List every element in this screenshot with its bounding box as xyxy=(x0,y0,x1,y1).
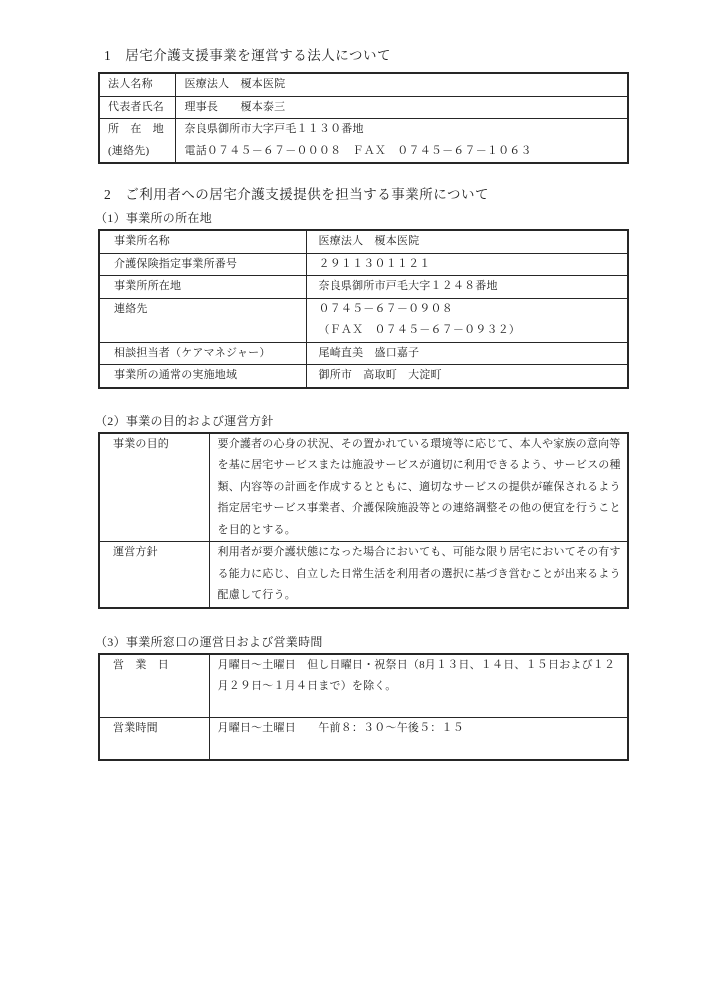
row-value: ０７４５－６７－０９０８ （ＦＡＸ ０７４５－６７－０９３２） xyxy=(306,298,628,342)
row-label: 相談担当者（ケアマネジャー） xyxy=(99,342,306,365)
row-value: 尾崎直美 盛口嘉子 xyxy=(306,342,628,365)
row-label: 事業所所在地 xyxy=(99,276,306,299)
row-label: 事業所の通常の実施地域 xyxy=(99,365,306,388)
table-row: 相談担当者（ケアマネジャー） 尾崎直美 盛口嘉子 xyxy=(99,342,628,365)
row-label: 連絡先 xyxy=(99,298,306,342)
row-value: 医療法人 榎本医院 xyxy=(306,230,628,253)
corporation-info-table: 法人名称 医療法人 榎本医院 代表者氏名 理事長 榎本泰三 所 在 地 (連絡先… xyxy=(98,72,629,164)
subsection-2-heading: （2）事業の目的および運営方針 xyxy=(95,414,629,429)
row-value: ２９１１３０１１２１ xyxy=(306,253,628,276)
table-row: 連絡先 ０７４５－６７－０９０８ （ＦＡＸ ０７４５－６７－０９３２） xyxy=(99,298,628,342)
table-row: 営 業 日 月曜日～土曜日 但し日曜日・祝祭日（8月１３日、１４日、１５日および… xyxy=(99,654,628,718)
table-row: 事業の目的 要介護者の心身の状況、その置かれている環境等に応じて、本人や家族の意… xyxy=(99,433,628,542)
table-row: 所 在 地 (連絡先) 奈良県御所市大字戸毛１１３０番地 電話０７４５－６７－０… xyxy=(99,119,628,164)
row-label: 事業所名称 xyxy=(99,230,306,253)
row-value: 月曜日～土曜日 但し日曜日・祝祭日（8月１３日、１４日、１５日および１２ 月２９… xyxy=(209,654,628,718)
row-label: 代表者氏名 xyxy=(99,96,175,119)
table-row: 法人名称 医療法人 榎本医院 xyxy=(99,73,628,96)
row-value: 医療法人 榎本医院 xyxy=(175,73,628,96)
row-value: 月曜日～土曜日 午前８：３０～午後５：１５ xyxy=(209,717,628,760)
row-label: 法人名称 xyxy=(99,73,175,96)
row-value: 理事長 榎本泰三 xyxy=(175,96,628,119)
row-value: 御所市 高取町 大淀町 xyxy=(306,365,628,388)
section-1-title: 1 居宅介護支援事業を運営する法人について xyxy=(98,48,629,64)
subsection-3-heading: （3）事業所窓口の運営日および営業時間 xyxy=(95,635,629,650)
row-label: 営業時間 xyxy=(99,717,209,760)
table-row: 事業所の通常の実施地域 御所市 高取町 大淀町 xyxy=(99,365,628,388)
purpose-policy-table: 事業の目的 要介護者の心身の状況、その置かれている環境等に応じて、本人や家族の意… xyxy=(98,432,629,609)
row-value: 奈良県御所市大字戸毛１１３０番地 電話０７４５－６７－０００８ ＦＡＸ ０７４５… xyxy=(175,119,628,164)
table-row: 代表者氏名 理事長 榎本泰三 xyxy=(99,96,628,119)
office-location-table: 事業所名称 医療法人 榎本医院 介護保険指定事業所番号 ２９１１３０１１２１ 事… xyxy=(98,229,629,389)
table-row: 事業所所在地 奈良県御所市戸毛大字１２４８番地 xyxy=(99,276,628,299)
row-value: 利用者が要介護状態になった場合においても、可能な限り居宅においてその有す る能力… xyxy=(209,542,628,608)
table-row: 運営方針 利用者が要介護状態になった場合においても、可能な限り居宅においてその有… xyxy=(99,542,628,608)
document-page: 1 居宅介護支援事業を運営する法人について 法人名称 医療法人 榎本医院 代表者… xyxy=(0,0,707,1000)
row-label: 所 在 地 (連絡先) xyxy=(99,119,175,164)
document-content: 1 居宅介護支援事業を運営する法人について 法人名称 医療法人 榎本医院 代表者… xyxy=(98,0,629,761)
section-2-title: 2 ご利用者への居宅介護支援提供を担当する事業所について xyxy=(98,187,629,203)
table-row: 営業時間 月曜日～土曜日 午前８：３０～午後５：１５ xyxy=(99,717,628,760)
row-label: 営 業 日 xyxy=(99,654,209,718)
row-value: 要介護者の心身の状況、その置かれている環境等に応じて、本人や家族の意向等 を基に… xyxy=(209,433,628,542)
table-row: 介護保険指定事業所番号 ２９１１３０１１２１ xyxy=(99,253,628,276)
row-value: 奈良県御所市戸毛大字１２４８番地 xyxy=(306,276,628,299)
table-row: 事業所名称 医療法人 榎本医院 xyxy=(99,230,628,253)
row-label: 事業の目的 xyxy=(99,433,209,542)
subsection-1-heading: （1）事業所の所在地 xyxy=(95,211,629,226)
row-label: 運営方針 xyxy=(99,542,209,608)
row-label: 介護保険指定事業所番号 xyxy=(99,253,306,276)
business-hours-table: 営 業 日 月曜日～土曜日 但し日曜日・祝祭日（8月１３日、１４日、１５日および… xyxy=(98,653,629,761)
